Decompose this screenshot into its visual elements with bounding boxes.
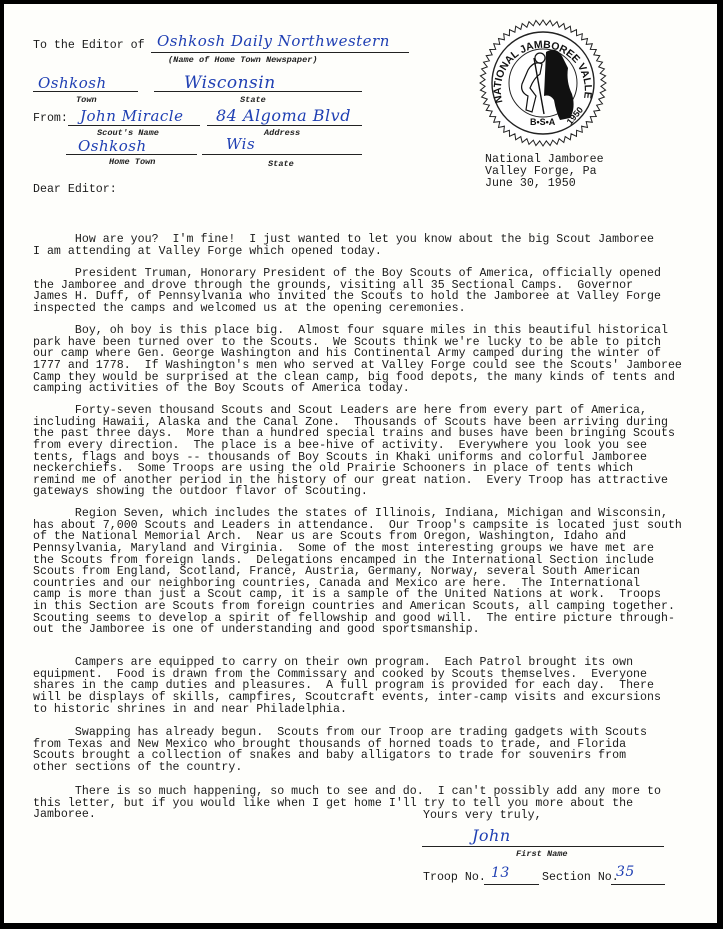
valediction: Yours very truly, <box>423 810 542 822</box>
address-caption: Address <box>264 128 300 138</box>
troop-underline <box>484 884 539 885</box>
troop-number-field: 13 <box>491 865 510 881</box>
state-caption: State <box>240 95 266 105</box>
letter-page: To the Editor of Oshkosh Daily Northwest… <box>4 4 717 923</box>
signature-underline <box>422 846 664 847</box>
svg-text:B•S•A: B•S•A <box>530 117 556 127</box>
scout-name-field: John Miracle <box>80 107 183 125</box>
from-label: From: <box>33 113 68 125</box>
home-state-underline <box>202 154 362 155</box>
address-field: 84 Algoma Blvd <box>216 106 351 125</box>
home-state-caption: State <box>268 159 294 169</box>
home-town-caption: Home Town <box>109 157 155 167</box>
first-name-caption: First Name <box>516 849 568 859</box>
section-underline <box>611 884 665 885</box>
newspaper-name-field: Oshkosh Daily Northwestern <box>157 32 390 50</box>
address-underline <box>207 125 362 126</box>
scout-name-underline <box>68 125 200 126</box>
town-caption: Town <box>76 95 97 105</box>
troop-label: Troop No. <box>423 872 486 884</box>
signature-field: John <box>472 826 511 845</box>
dateline-date: June 30, 1950 <box>485 178 576 190</box>
to-editor-label: To the Editor of <box>33 40 145 52</box>
dateline-location: Valley Forge, Pa <box>485 166 597 178</box>
town-field: Oshkosh <box>38 74 107 92</box>
salutation: Dear Editor: <box>33 184 117 196</box>
home-town-field: Oshkosh <box>78 137 147 155</box>
paragraph-5: Region Seven, which includes the states … <box>33 485 703 659</box>
state-field: Wisconsin <box>184 73 276 93</box>
paragraph-8: There is so much happening, so much to s… <box>33 763 703 844</box>
national-jamboree-seal-icon: NATIONAL JAMBOREE VALLEY FORGE 1950 B•S•… <box>476 18 610 148</box>
section-label: Section No. <box>542 872 619 884</box>
newspaper-underline <box>151 52 409 53</box>
newspaper-caption: (Name of Home Town Newspaper) <box>168 55 318 65</box>
section-number-field: 35 <box>616 864 635 880</box>
home-state-field: Wis <box>226 135 255 153</box>
dateline-organization: National Jamboree <box>485 154 604 166</box>
